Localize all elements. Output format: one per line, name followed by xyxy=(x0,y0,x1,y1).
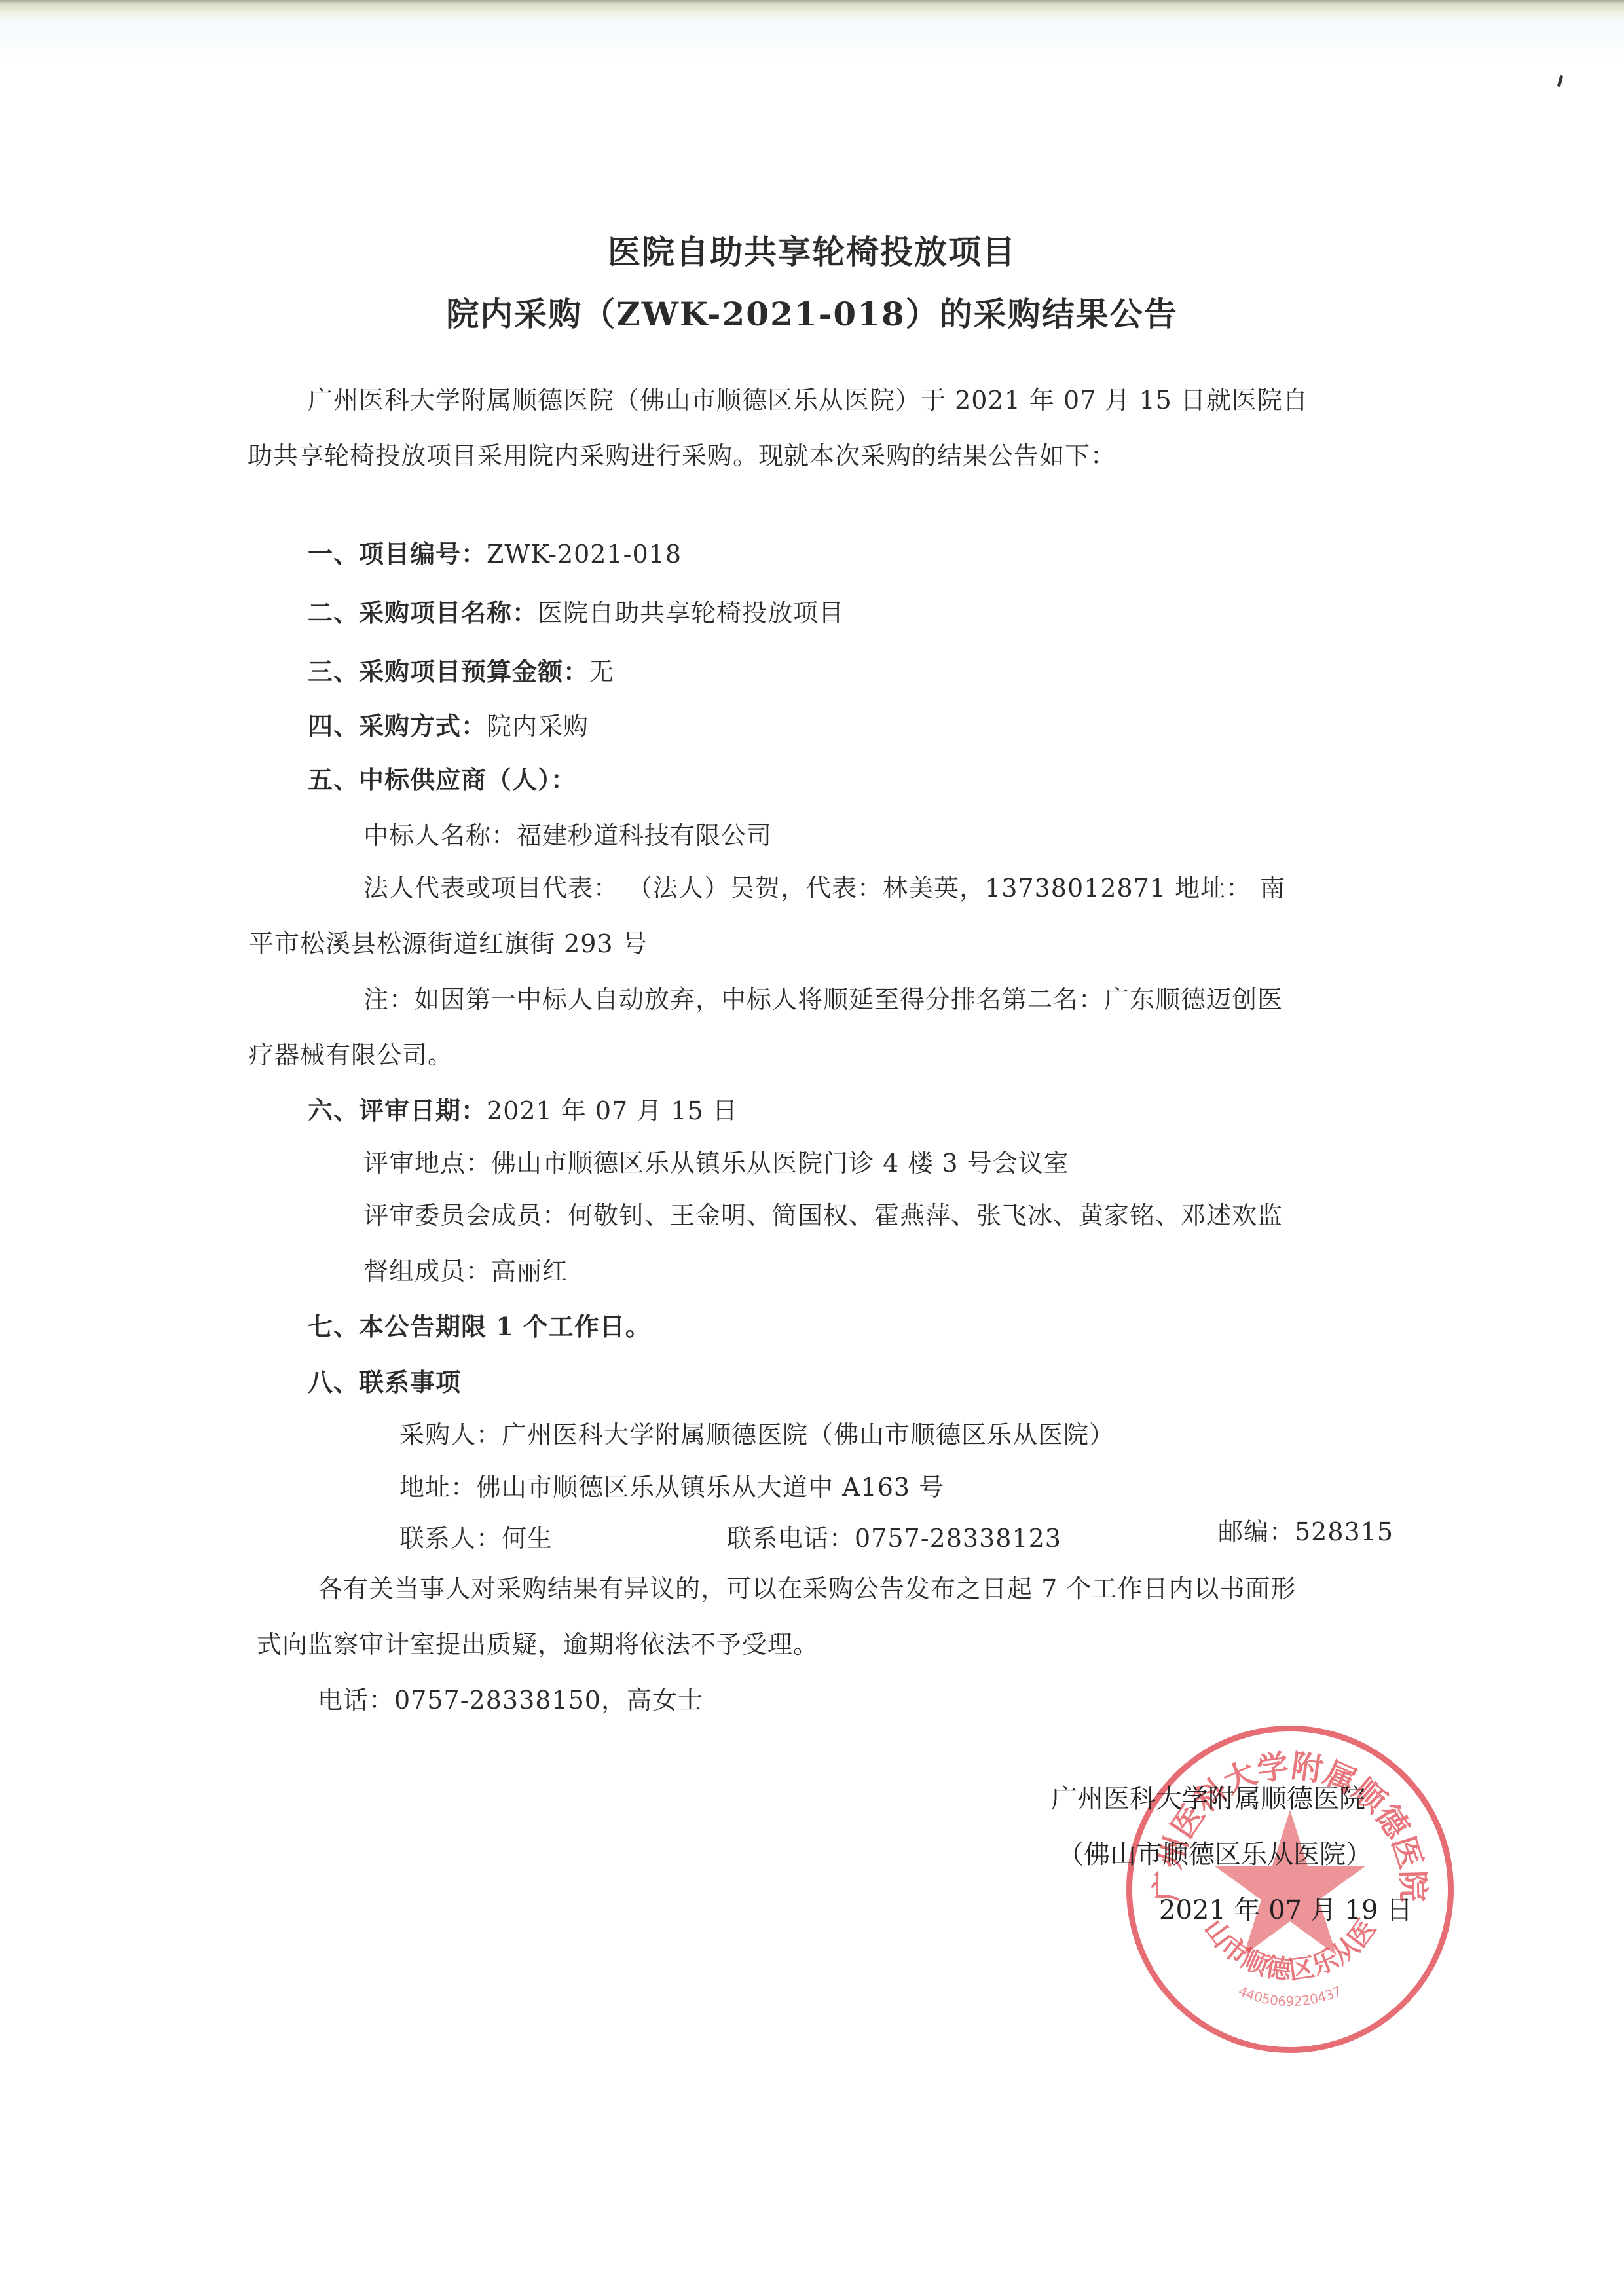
section-7: 七、本公告期限 1 个工作日。 xyxy=(308,1306,651,1342)
postcode: 邮编：528315 xyxy=(1218,1511,1393,1547)
review-date: 2021 年 07 月 15 日 xyxy=(487,1096,738,1125)
section-5-label: 五、中标供应商（人）： xyxy=(308,760,576,796)
complaint-phone: 电话：0757-28338150，高女士 xyxy=(318,1680,703,1716)
contact-phone: 联系电话：0757-28338123 xyxy=(727,1518,1061,1554)
review-location: 评审地点：佛山市顺德区乐从镇乐从医院门诊 4 楼 3 号会议室 xyxy=(363,1143,1069,1179)
project-number: ZWK-2021-018 xyxy=(487,540,682,568)
representative-line-1: 法人代表或项目代表： （法人）吴贺，代表：林美英，13738012871 地址：… xyxy=(363,868,1285,904)
procurement-method: 院内采购 xyxy=(487,712,589,741)
section-4: 四、采购方式：院内采购 xyxy=(308,706,589,742)
section-6: 六、评审日期：2021 年 07 月 15 日 xyxy=(308,1090,738,1126)
signature-date: 2021 年 07 月 19 日 xyxy=(1159,1889,1412,1927)
scan-edge-top xyxy=(0,0,1624,20)
objection-line-2: 式向监察审计室提出质疑，逾期将依法不予受理。 xyxy=(257,1624,819,1660)
intro-line-2: 助共享轮椅投放项目采用院内采购进行采购。现就本次采购的结果公告如下： xyxy=(248,435,1116,472)
section-2: 二、采购项目名称：医院自助共享轮椅投放项目 xyxy=(308,593,844,629)
section-3-label: 三、采购项目预算金额： xyxy=(308,657,589,686)
title-line-1: 医院自助共享轮椅投放项目 xyxy=(0,226,1624,273)
purchaser: 采购人：广州医科大学附属顺德医院（佛山市顺德区乐从医院） xyxy=(399,1415,1115,1451)
section-8-label: 八、联系事项 xyxy=(308,1362,461,1398)
section-4-label: 四、采购方式： xyxy=(308,711,487,741)
scan-speck xyxy=(1557,75,1563,88)
purchaser-address: 地址：佛山市顺德区乐从镇乐从大道中 A163 号 xyxy=(399,1467,944,1503)
section-1-label: 一、项目编号： xyxy=(308,539,487,568)
signature-org-line-2: （佛山市顺德区乐从医院） xyxy=(1058,1834,1372,1871)
section-6-label: 六、评审日期： xyxy=(308,1096,487,1125)
section-1: 一、项目编号：ZWK-2021-018 xyxy=(308,534,682,570)
note-line-1: 注：如因第一中标人自动放弃，中标人将顺延至得分排名第二名：广东顺德迈创医 xyxy=(363,979,1283,1015)
contact-person: 联系人：何生 xyxy=(399,1518,553,1554)
scan-haze xyxy=(0,20,1624,65)
representative-line-2: 平市松溪县松源街道红旗街 293 号 xyxy=(249,923,648,959)
winner-name: 中标人名称：福建秒道科技有限公司 xyxy=(363,815,772,851)
svg-text:4405069220437: 4405069220437 xyxy=(1236,1983,1344,2009)
section-2-label: 二、采购项目名称： xyxy=(308,598,538,627)
title-line-2: 院内采购（ZWK-2021-018）的采购结果公告 xyxy=(0,288,1624,335)
signature-org-line-1: 广州医科大学附属顺德医院 xyxy=(1051,1778,1365,1815)
committee-line-2: 督组成员：高丽红 xyxy=(363,1251,568,1287)
committee-line-1: 评审委员会成员：何敬钊、王金明、简国权、霍燕萍、张飞冰、黄家铭、邓述欢监 xyxy=(363,1195,1283,1231)
section-3: 三、采购项目预算金额：无 xyxy=(308,652,614,688)
intro-line-1: 广州医科大学附属顺德医院（佛山市顺德区乐从医院）于 2021 年 07 月 15… xyxy=(308,380,1308,416)
objection-line-1: 各有关当事人对采购结果有异议的，可以在采购公告发布之日起 7 个工作日内以书面形 xyxy=(318,1568,1296,1604)
project-name: 医院自助共享轮椅投放项目 xyxy=(538,599,844,627)
budget-amount: 无 xyxy=(589,657,614,686)
note-line-2: 疗器械有限公司。 xyxy=(249,1035,453,1071)
